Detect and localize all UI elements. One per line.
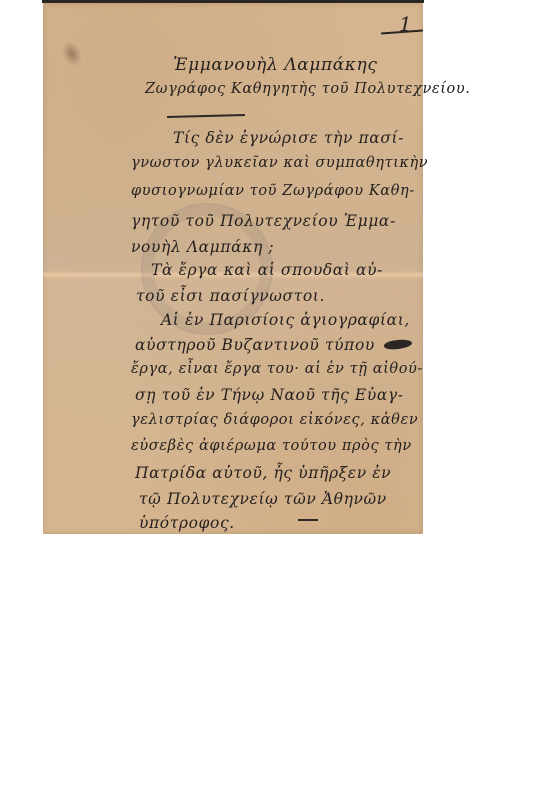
body-line: ἔργα, εἶναι ἔργα του· αἱ ἐν τῇ αἰθού- (131, 361, 423, 377)
body-line: γητοῦ τοῦ Πολυτεχνείου Ἐμμα- (131, 212, 396, 230)
body-line: γελιστρίας διάφοροι εἰκόνες, κἀθεν (131, 412, 418, 428)
body-line: Τὰ ἔργα καὶ αἱ σπουδαὶ αὐ- (151, 261, 383, 279)
body-line: σῃ τοῦ ἐν Τήνῳ Ναοῦ τῆς Εὐαγ- (135, 386, 404, 404)
body-line: αὐστηροῦ Βυζαντινοῦ τύπου (135, 336, 375, 354)
manuscript-page: 1 Ἐμμανουὴλ Λαμπάκης Ζωγράφος Καθηγητὴς … (43, 3, 423, 534)
crossed-out-word (384, 338, 413, 351)
body-line: γνωστον γλυκεῖαν καὶ συμπαθητικὴν (131, 155, 428, 171)
body-line: τῷ Πολυτεχνείῳ τῶν Ἀθηνῶν (139, 490, 387, 508)
body-line: φυσιογνωμίαν τοῦ Ζωγράφου Καθη- (131, 183, 415, 199)
ink-stain (58, 38, 85, 69)
body-line: ὑπότροφος. (139, 514, 235, 532)
body-line: νουὴλ Λαμπάκη ; (131, 238, 274, 256)
heading-name: Ἐμμανουὴλ Λαμπάκης (173, 55, 377, 75)
body-line: Αἱ ἐν Παρισίοις ἁγιογραφίαι, (161, 311, 410, 329)
heading-subtitle: Ζωγράφος Καθηγητὴς τοῦ Πολυτεχνείου. (145, 81, 471, 97)
body-line: τοῦ εἶσι πασίγνωστοι. (136, 287, 325, 305)
heading-divider (167, 114, 245, 118)
body-line: Τίς δὲν ἐγνώρισε τὴν πασί- (173, 129, 404, 147)
body-line: Πατρίδα αὐτοῦ, ἧς ὑπῆρξεν ἐν (135, 464, 391, 482)
end-mark (298, 519, 318, 521)
body-line: εὐσεβὲς ἀφιέρωμα τούτου πρὸς τὴν (131, 438, 412, 454)
